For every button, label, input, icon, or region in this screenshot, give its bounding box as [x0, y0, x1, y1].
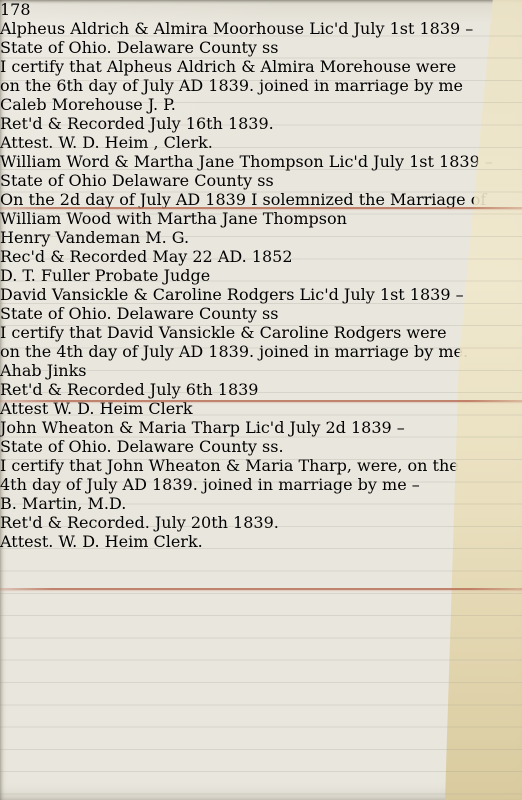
- entry-jurisdiction: State of Ohio. Delaware County ss: [0, 38, 522, 57]
- entry-attest: Attest. W. D. Heim Clerk.: [0, 532, 522, 551]
- entry-recorded: Ret'd & Recorded July 16th 1839.: [0, 114, 522, 133]
- entry-signature: Caleb Morehouse J. P.: [0, 95, 522, 114]
- entry-divider: [0, 400, 522, 402]
- entry-body-line: I certify that David Vansickle & Carolin…: [0, 323, 522, 342]
- entry-recorded: Ret'd & Recorded. July 20th 1839.: [0, 513, 522, 532]
- entry-signature: Ahab Jinks: [0, 361, 522, 380]
- entry-attest: Attest. W. D. Heim , Clerk.: [0, 133, 522, 152]
- entry-title: Alpheus Aldrich & Almira Moorhouse Lic'd…: [0, 19, 522, 38]
- entry-body-line: on the 4th day of July AD 1839. joined i…: [0, 342, 522, 361]
- entry-body-line: I certify that John Wheaton & Maria Thar…: [0, 456, 522, 475]
- tape-repair: [114, 0, 206, 56]
- entry-body-line: I certify that Alpheus Aldrich & Almira …: [0, 57, 522, 76]
- entry-body-line: on the 6th day of July AD 1839. joined i…: [0, 76, 522, 95]
- entry-judge: D. T. Fuller Probate Judge: [0, 266, 522, 285]
- entry-recorded: Rec'd & Recorded May 22 AD. 1852: [0, 247, 522, 266]
- entry-signature: Henry Vandeman M. G.: [0, 228, 522, 247]
- marriage-entry-2: William Word & Martha Jane Thompson Lic'…: [0, 152, 522, 285]
- entry-title: William Word & Martha Jane Thompson Lic'…: [0, 152, 522, 171]
- entry-title: John Wheaton & Maria Tharp Lic'd July 2d…: [0, 418, 522, 437]
- entry-jurisdiction: State of Ohio Delaware County ss: [0, 171, 522, 190]
- entry-signature: B. Martin, M.D.: [0, 494, 522, 513]
- entry-divider: [0, 588, 522, 590]
- marriage-entry-4: John Wheaton & Maria Tharp Lic'd July 2d…: [0, 418, 522, 551]
- marriage-entry-1: Alpheus Aldrich & Almira Moorhouse Lic'd…: [0, 19, 522, 152]
- entry-jurisdiction: State of Ohio. Delaware County ss: [0, 304, 522, 323]
- entry-title: David Vansickle & Caroline Rodgers Lic'd…: [0, 285, 522, 304]
- entry-body-line: William Wood with Martha Jane Thompson: [0, 209, 522, 228]
- entry-recorded: Ret'd & Recorded July 6th 1839: [0, 380, 522, 399]
- page-number: 178: [0, 0, 522, 19]
- entry-jurisdiction: State of Ohio. Delaware County ss.: [0, 437, 522, 456]
- entry-divider: [0, 207, 522, 209]
- document-page: 178 Alpheus Aldrich & Almira Moorhouse L…: [0, 0, 522, 800]
- entry-body-line: 4th day of July AD 1839. joined in marri…: [0, 475, 522, 494]
- marriage-entry-3: David Vansickle & Caroline Rodgers Lic'd…: [0, 285, 522, 418]
